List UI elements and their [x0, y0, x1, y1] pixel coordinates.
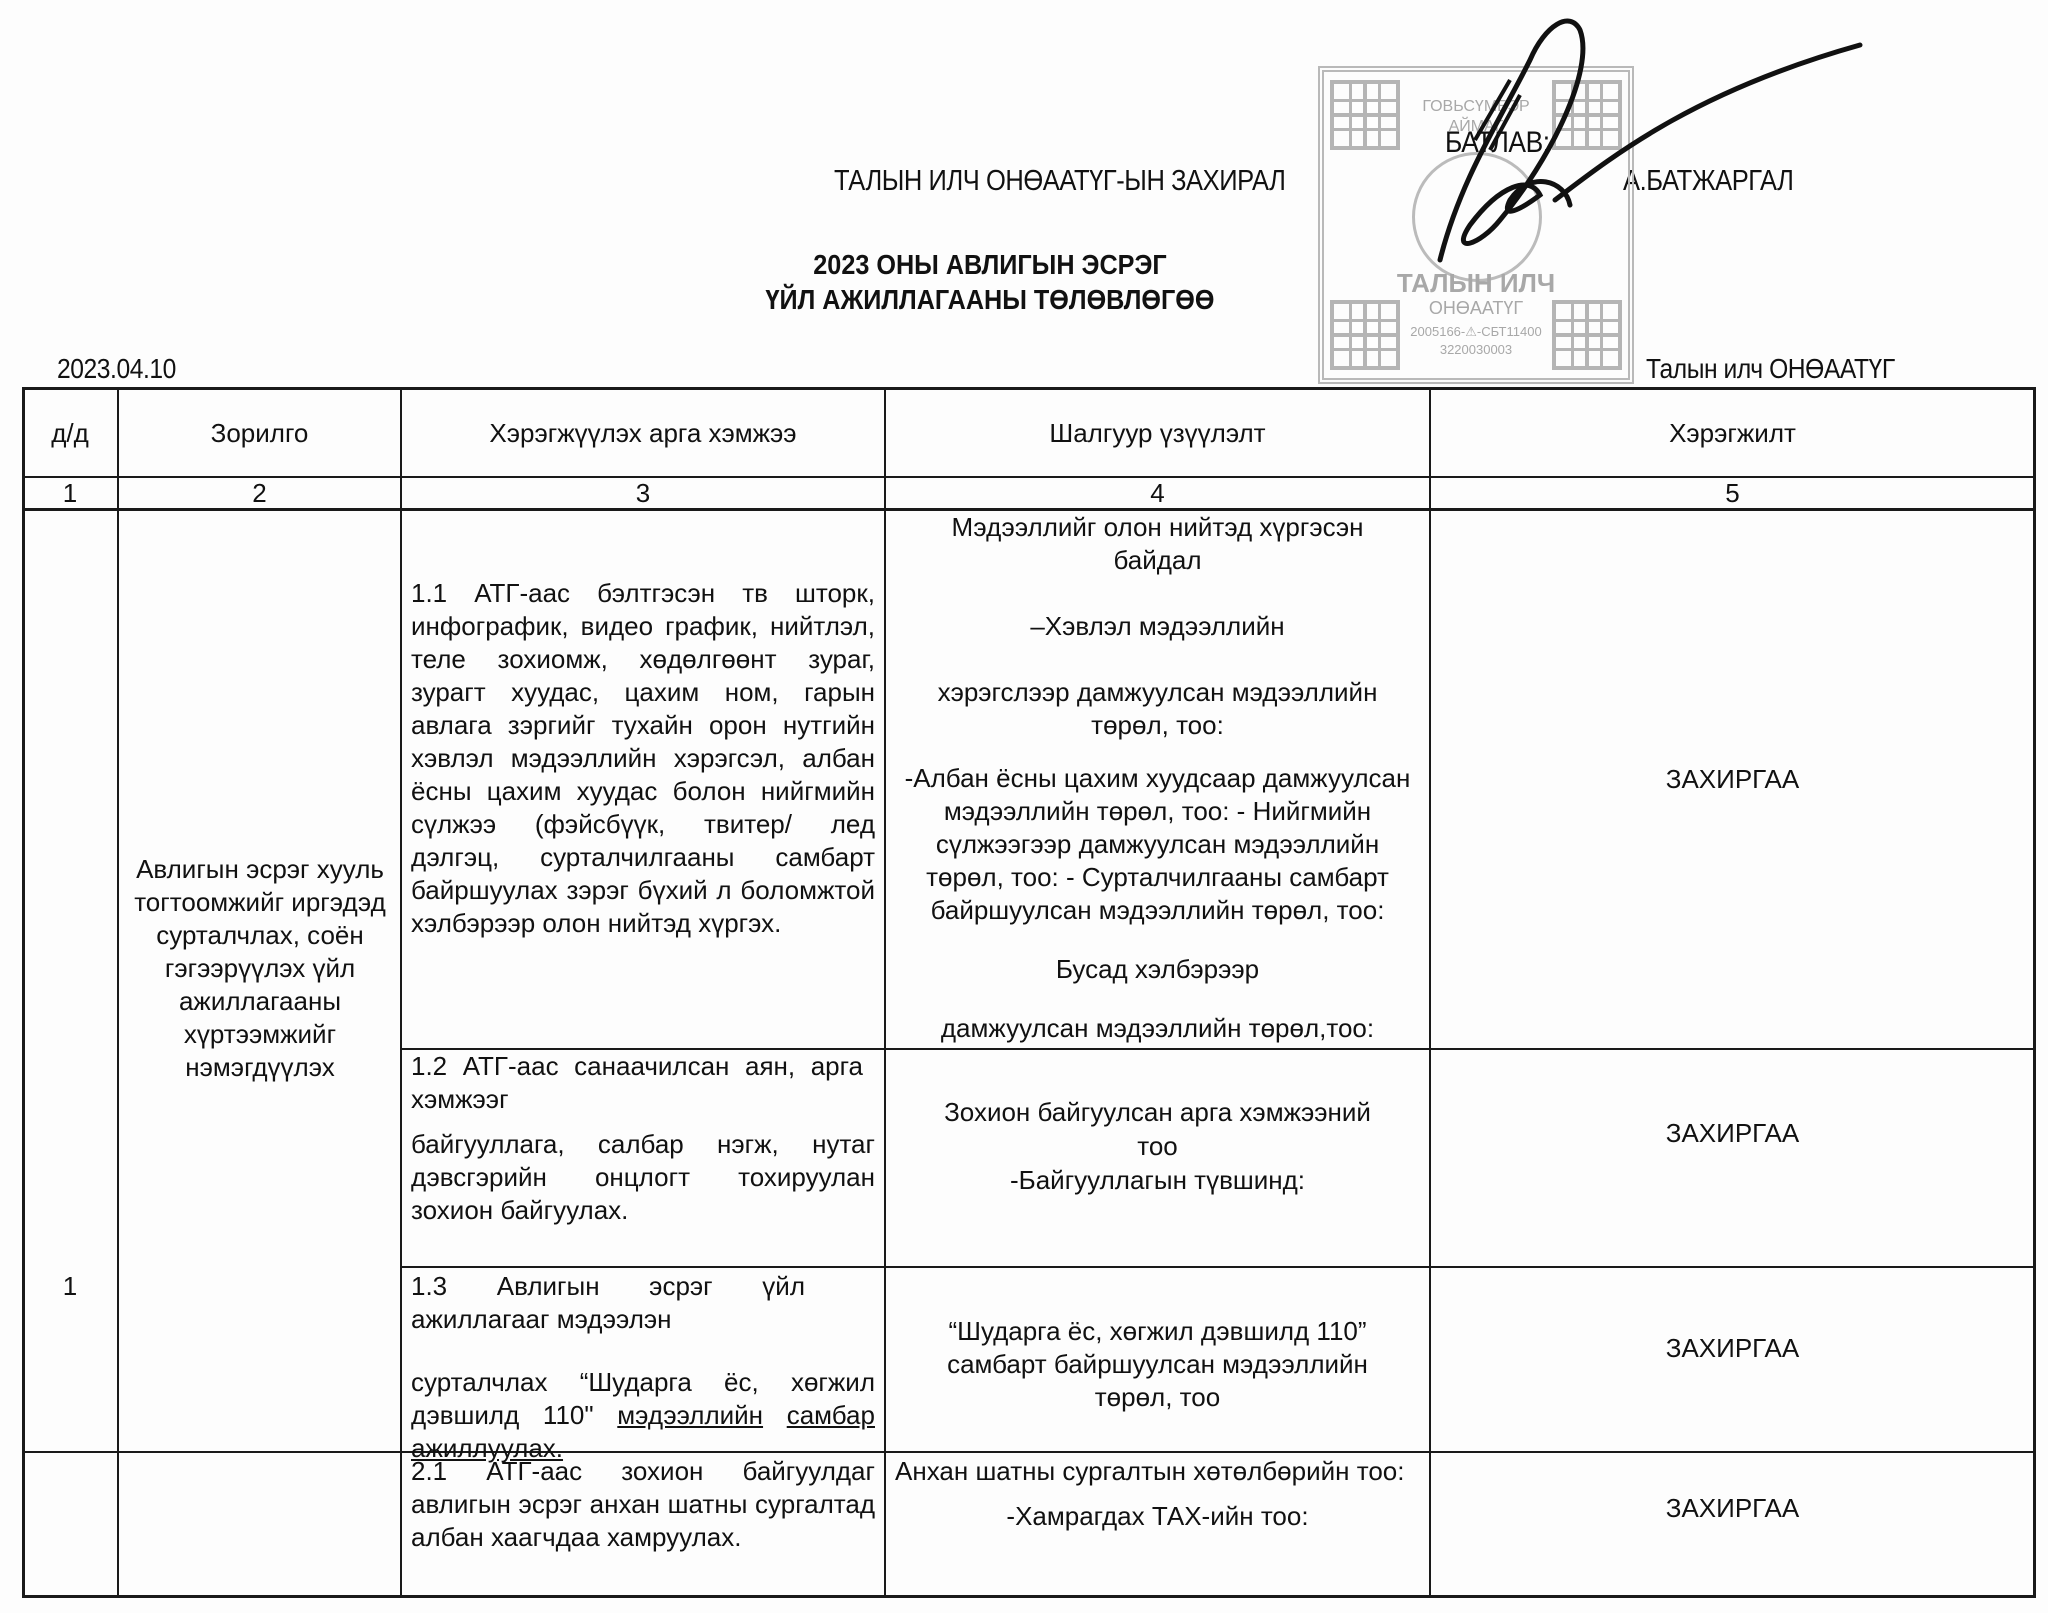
- action-text: 1.3 Авлигын эсрэг үйл ажиллагааг мэдээлэ…: [411, 1270, 875, 1336]
- criteria-text: Зохион байгуулсан арга хэмжээний тоо: [895, 1095, 1420, 1163]
- implementation-text: ЗАХИРГАА: [1430, 1492, 2035, 1525]
- implementation-text: ЗАХИРГАА: [1430, 763, 2035, 796]
- action-text: байгууллага, салбар нэгж, нутаг дэвсгэри…: [411, 1128, 875, 1227]
- column-header-action: Хэрэгжүүлэх арга хэмжээ: [401, 417, 885, 450]
- implementation-text: ЗАХИРГАА: [1430, 1332, 2035, 1365]
- page-title-line1: 2023 ОНЫ АВЛИГЫН ЭСРЭГ: [675, 247, 1305, 282]
- implementation-text: ЗАХИРГАА: [1430, 1117, 2035, 1150]
- column-header-goal: Зорилго: [118, 417, 401, 450]
- criteria-text: -Байгууллагын түвшинд:: [895, 1163, 1420, 1197]
- criteria-text: Мэдээллийг олон нийтэд хүргэсэн байдал: [895, 511, 1420, 577]
- stamp-line: ОНӨААТҮГ: [1324, 298, 1628, 319]
- criteria-text: Анхан шатны сургалтын хөтөлбөрийн тоо:: [895, 1455, 1420, 1488]
- column-number: 2: [118, 477, 401, 510]
- row-divider: [22, 1451, 2036, 1453]
- table-border: [22, 387, 2036, 390]
- director-title: ТАЛЫН ИЛЧ ОНӨААТҮГ-ЫН ЗАХИРАЛ: [834, 165, 1285, 198]
- criteria-cell: Мэдээллийг олон нийтэд хүргэсэн байдал –…: [885, 511, 1430, 1045]
- criteria-text: дамжуулсан мэдээллийн төрөл,тоо:: [895, 1012, 1420, 1045]
- action-text-underlined: самбар: [787, 1400, 875, 1430]
- stamp-seal-circle-icon: [1412, 152, 1542, 282]
- criteria-cell: Зохион байгуулсан арга хэмжээний тоо -Ба…: [885, 1095, 1430, 1197]
- row-divider: [400, 1266, 2036, 1268]
- action-text: 1.1 АТГ-аас бэлтгэсэн тв шторк, инфограф…: [401, 577, 885, 940]
- action-text: 2.1 АТГ-аас зохион байгуулдаг авлигын эс…: [401, 1455, 885, 1554]
- column-number: 4: [885, 477, 1430, 510]
- stamp-line: АЙМАГ: [1324, 118, 1628, 136]
- column-header-number: д/д: [22, 417, 118, 450]
- stamp-line: 2005166-⚠-СБТ11400: [1324, 324, 1628, 340]
- column-header-implementation: Хэрэгжилт: [1430, 417, 2035, 450]
- organization-name: Талын илч ОНӨААТҮГ: [1646, 353, 1895, 385]
- action-cell: 1.2 АТГ-аас санаачилсан аян, арга хэмжээ…: [401, 1050, 885, 1227]
- column-divider: [117, 387, 119, 1598]
- table-border: [22, 387, 25, 1598]
- table-border: [2033, 387, 2036, 1598]
- criteria-text: хэрэгслээр дамжуулсан мэдээллийн төрөл, …: [895, 676, 1420, 742]
- criteria-text: -Албан ёсны цахим хуудсаар дамжуулсан мэ…: [895, 762, 1420, 927]
- goal-text: Авлигын эсрэг хууль тогтоомжийг иргэдэд …: [124, 853, 396, 1084]
- director-name: А.БАТЖАРГАЛ: [1623, 165, 1793, 198]
- column-number: 1: [22, 477, 118, 510]
- criteria-text: –Хэвлэл мэдээллийн: [895, 610, 1420, 643]
- official-stamp: ГОВЬСҮМБЭР АЙМАГ ТАЛЫН ИЛЧ ОНӨААТҮГ 2005…: [1318, 66, 1634, 384]
- document-date: 2023.04.10: [57, 353, 176, 385]
- table-border: [22, 1595, 2036, 1598]
- criteria-text: “Шударга ёс, хөгжил дэвшилд 110” самбарт…: [885, 1315, 1430, 1414]
- criteria-text: -Хамрагдах ТАХ-ийн тоо:: [895, 1500, 1420, 1533]
- row-number: 1: [22, 1270, 118, 1303]
- action-text-underlined: мэдээллийн: [617, 1400, 763, 1430]
- action-text: 1.2 АТГ-аас санаачилсан аян, арга хэмжээ…: [411, 1050, 875, 1116]
- column-number: 5: [1430, 477, 2035, 510]
- stamp-line: 3220030003: [1324, 342, 1628, 357]
- action-text: сурталчлах “Шударга ёс, хөгжил дэвшилд 1…: [411, 1366, 875, 1465]
- stamp-line: ТАЛЫН ИЛЧ: [1324, 268, 1628, 299]
- criteria-text: Бусад хэлбэрээр: [895, 953, 1420, 986]
- criteria-cell: Анхан шатны сургалтын хөтөлбөрийн тоо: -…: [885, 1455, 1430, 1533]
- action-cell: 1.3 Авлигын эсрэг үйл ажиллагааг мэдээлэ…: [401, 1270, 885, 1465]
- column-number: 3: [401, 477, 885, 510]
- page-title: 2023 ОНЫ АВЛИГЫН ЭСРЭГ ҮЙЛ АЖИЛЛАГААНЫ Т…: [675, 247, 1305, 317]
- stamp-line: ГОВЬСҮМБЭР: [1324, 98, 1628, 116]
- page-title-line2: ҮЙЛ АЖИЛЛАГААНЫ ТӨЛӨВЛӨГӨӨ: [675, 282, 1305, 317]
- column-header-criteria: Шалгуур үзүүлэлт: [885, 417, 1430, 450]
